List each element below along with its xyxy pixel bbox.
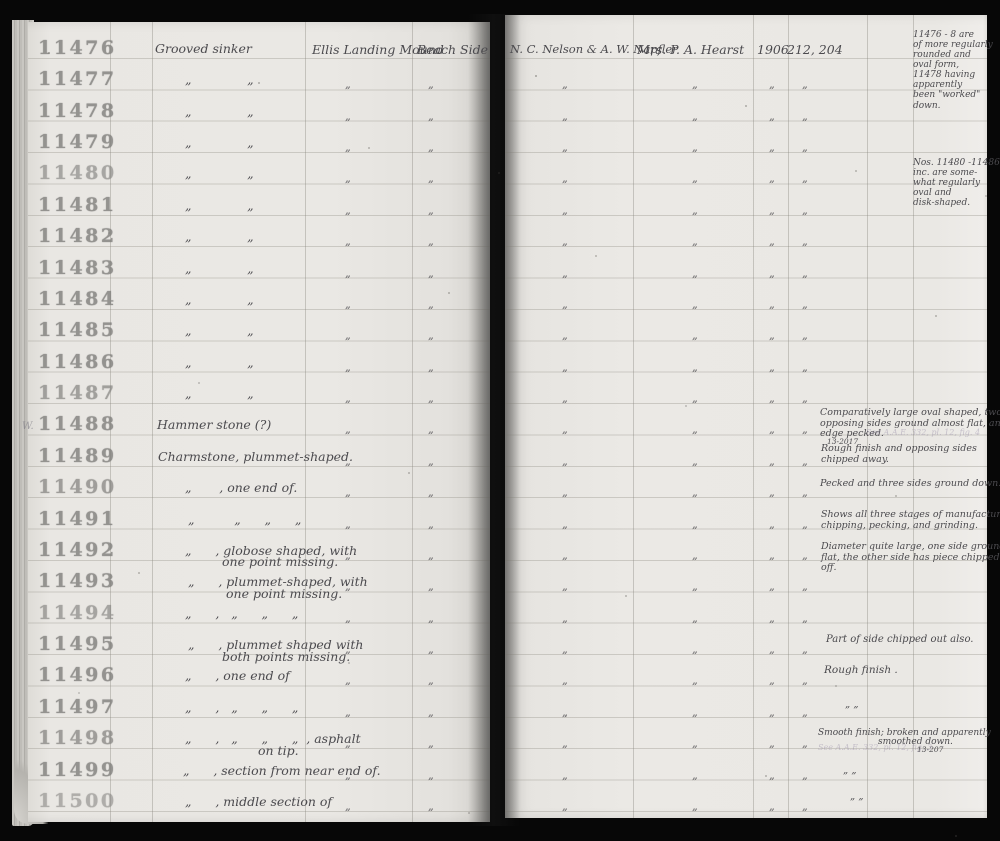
site: „ (428, 361, 434, 374)
donor: „ (692, 580, 698, 593)
site: „ (428, 329, 434, 342)
margin-note-line: See A.A.E. 332, pl. 12, fig. 4 (866, 429, 980, 438)
locality: „ (345, 612, 351, 625)
year: „ (769, 172, 775, 185)
column-line (412, 22, 413, 822)
museum-number: „ (802, 172, 808, 185)
locality: „ (345, 392, 351, 405)
margin-note-line: Part of side chipped out also. (826, 634, 973, 645)
description: „ „ (185, 166, 254, 181)
museum-number: „ (802, 392, 808, 405)
margin-note-line: apparently (913, 80, 993, 90)
catalog-number: 11498 (38, 727, 117, 749)
margin-note-line: disk-shaped. (913, 198, 1000, 208)
column-line (633, 15, 634, 818)
year: „ (769, 643, 775, 656)
collector: „ (562, 392, 568, 405)
catalog-number: 11481 (38, 194, 117, 216)
year: „ (769, 800, 775, 813)
collector: „ (562, 769, 568, 782)
catalog-number: 11482 (38, 225, 117, 247)
museum-number: „ (802, 737, 808, 750)
description: „ „ (185, 72, 254, 87)
year: „ (769, 674, 775, 687)
site: „ (428, 141, 434, 154)
description: „ , one end of. (185, 480, 297, 495)
description: „ „ (185, 104, 254, 119)
margin-note: „ „ (850, 791, 864, 802)
museum-number: „ (802, 769, 808, 782)
site: „ (428, 737, 434, 750)
description: one point missing. (222, 554, 338, 569)
museum-number: „ (802, 612, 808, 625)
year: „ (769, 298, 775, 311)
collector: „ (562, 235, 568, 248)
description: „ „ „ „ (188, 512, 301, 527)
donor: „ (692, 769, 698, 782)
year: „ (769, 235, 775, 248)
donor: „ (692, 674, 698, 687)
description: „ , one end of (185, 668, 290, 683)
margin-note: 11476 - 8 areof more regularlyrounded an… (913, 30, 993, 111)
margin-note: Shows all three stages of manufacture :c… (821, 510, 1000, 531)
donor: „ (692, 612, 698, 625)
margin-note-line: „ „ (843, 765, 857, 776)
year: „ (769, 78, 775, 91)
description: „ „ (185, 229, 254, 244)
description: „ , section from near end of. (183, 763, 381, 778)
catalog-number: 11483 (38, 257, 117, 279)
ledger-scan: 11476Grooved sinkerEllis Landing MoundBe… (0, 0, 1000, 841)
locality: „ (345, 800, 351, 813)
year: „ (769, 486, 775, 499)
description: „ „ (185, 386, 254, 401)
museum-number: „ (802, 204, 808, 217)
museum-number: „ (802, 141, 808, 154)
margin-note-line: oval form, (913, 60, 993, 70)
site: „ (428, 267, 434, 280)
column-line (788, 15, 789, 818)
catalog-number: 11477 (38, 68, 117, 90)
year: „ (769, 423, 775, 436)
collector: „ (562, 329, 568, 342)
site: „ (428, 580, 434, 593)
museum-number: „ (802, 329, 808, 342)
locality: „ (345, 267, 351, 280)
description: Grooved sinker (155, 41, 252, 56)
collector: „ (562, 549, 568, 562)
collector: „ (562, 423, 568, 436)
year: „ (769, 329, 775, 342)
museum-number: „ (802, 518, 808, 531)
donor: „ (692, 298, 698, 311)
locality: „ (345, 455, 351, 468)
catalog-number: 11476 (38, 37, 117, 59)
museum-number: „ (802, 235, 808, 248)
museum-number: „ (802, 674, 808, 687)
collector: „ (562, 580, 568, 593)
collector: „ (562, 110, 568, 123)
locality: „ (345, 706, 351, 719)
margin-note-line: „ „ (850, 791, 864, 802)
catalog-number: 11491 (38, 508, 117, 530)
margin-note: Part of side chipped out also. (826, 634, 973, 645)
donor: „ (692, 549, 698, 562)
museum-number: „ (802, 549, 808, 562)
donor: „ (692, 78, 698, 91)
margin-note: See A.A.E. 332, pl. 12, fig. 3 (818, 744, 932, 753)
catalog-number: 11479 (38, 131, 117, 153)
collector: „ (562, 518, 568, 531)
site: „ (428, 110, 434, 123)
donor: „ (692, 518, 698, 531)
catalog-number: 11489 (38, 445, 117, 467)
margin-note-line: chipping, pecking, and grinding. (821, 521, 1000, 532)
donor: Mrs. P. A. Hearst (637, 42, 744, 57)
catalog-number: 11484 (38, 288, 117, 310)
donor: „ (692, 329, 698, 342)
paper-specks (535, 75, 537, 77)
donor: „ (692, 706, 698, 719)
description: „ „ (185, 355, 254, 370)
locality: „ (345, 141, 351, 154)
collector: „ (562, 706, 568, 719)
museum-number: „ (802, 643, 808, 656)
margin-note-line: down. (913, 101, 993, 111)
collector: „ (562, 267, 568, 280)
museum-number: „ (802, 78, 808, 91)
description: „ „ (185, 261, 254, 276)
year: 1906 (757, 42, 789, 57)
site: „ (428, 769, 434, 782)
locality: „ (345, 549, 351, 562)
collector: „ (562, 361, 568, 374)
locality: „ (345, 643, 351, 656)
museum-number: „ (802, 298, 808, 311)
site: „ (428, 455, 434, 468)
catalog-number: 11496 (38, 664, 117, 686)
description: Charmstone, plummet-shaped. (158, 449, 353, 464)
catalog-number: 11500 (38, 790, 117, 812)
description: Hammer stone (?) (157, 417, 271, 432)
locality: „ (345, 423, 351, 436)
site: Beach Side (417, 42, 488, 57)
museum-number: „ (802, 706, 808, 719)
margin-note: Nos. 11480 -11486inc. are some-what regu… (913, 158, 1000, 208)
margin-note-line: oval and (913, 188, 1000, 198)
margin-note-line: 11476 - 8 are (913, 30, 993, 40)
margin-note: „ „ (845, 699, 859, 710)
catalog-number: 11487 (38, 382, 117, 404)
margin-note-line: been "worked" (913, 90, 993, 100)
column-line (152, 22, 153, 822)
museum-number: „ (802, 580, 808, 593)
year: „ (769, 769, 775, 782)
donor: „ (692, 486, 698, 499)
museum-number: „ (802, 361, 808, 374)
year: „ (769, 549, 775, 562)
description: „ , middle section of (185, 794, 332, 809)
margin-note-line: „ „ (845, 699, 859, 710)
collector: „ (562, 486, 568, 499)
site: „ (428, 235, 434, 248)
column-line (305, 22, 306, 822)
catalog-number: 11494 (38, 602, 117, 624)
margin-note-line: flat, the other side has piece chipped (821, 553, 1000, 564)
donor: „ (692, 361, 698, 374)
donor: „ (692, 172, 698, 185)
margin-note-line: chipped away. (821, 455, 977, 466)
year: „ (769, 110, 775, 123)
museum-number: „ (802, 455, 808, 468)
museum-number: „ (802, 800, 808, 813)
description: one point missing. (226, 586, 342, 601)
site: „ (428, 800, 434, 813)
catalog-number: 11495 (38, 633, 117, 655)
description: „ „ (185, 198, 254, 213)
locality: „ (345, 361, 351, 374)
catalog-number: 11497 (38, 696, 117, 718)
year: „ (769, 580, 775, 593)
museum-number: „ (802, 267, 808, 280)
donor: „ (692, 267, 698, 280)
donor: „ (692, 235, 698, 248)
collector: „ (562, 737, 568, 750)
locality: „ (345, 518, 351, 531)
margin-note-line: Nos. 11480 -11486 (913, 158, 1000, 168)
catalog-number: 11486 (38, 351, 117, 373)
donor: „ (692, 423, 698, 436)
site: „ (428, 204, 434, 217)
donor: „ (692, 204, 698, 217)
locality: „ (345, 110, 351, 123)
site: „ (428, 706, 434, 719)
donor: „ (692, 643, 698, 656)
collector: „ (562, 643, 568, 656)
row-prefix-mark: W. (22, 421, 34, 432)
donor: „ (692, 392, 698, 405)
site: „ (428, 486, 434, 499)
margin-note: Diameter quite large, one side groundfla… (821, 542, 1000, 574)
site: „ (428, 172, 434, 185)
collector: „ (562, 204, 568, 217)
locality: „ (345, 235, 351, 248)
margin-note-line: 11478 having (913, 70, 993, 80)
margin-note-line: what regularly (913, 178, 1000, 188)
site: „ (428, 549, 434, 562)
locality: „ (345, 769, 351, 782)
museum-number: „ (802, 486, 808, 499)
description: „ , „ „ „ (185, 700, 298, 715)
margin-note-line: Pecked and three sides ground down. (820, 479, 1000, 490)
catalog-number: 11478 (38, 100, 117, 122)
year: „ (769, 141, 775, 154)
year: „ (769, 737, 775, 750)
collector: „ (562, 78, 568, 91)
locality: „ (345, 172, 351, 185)
year: „ (769, 204, 775, 217)
locality: „ (345, 298, 351, 311)
year: „ (769, 392, 775, 405)
donor: „ (692, 110, 698, 123)
donor: „ (692, 800, 698, 813)
collector: „ (562, 172, 568, 185)
margin-note-line: See A.A.E. 332, pl. 12, fig. 3 (818, 744, 932, 753)
donor: „ (692, 737, 698, 750)
donor: „ (692, 455, 698, 468)
margin-note-line: inc. are some- (913, 168, 1000, 178)
collector: „ (562, 612, 568, 625)
collector: „ (562, 674, 568, 687)
site: „ (428, 392, 434, 405)
catalog-number: 11488 (38, 413, 117, 435)
margin-note-line: Rough finish . (824, 665, 898, 677)
collector: „ (562, 298, 568, 311)
catalog-number: 11485 (38, 319, 117, 341)
collector: „ (562, 455, 568, 468)
margin-note: See A.A.E. 332, pl. 12, fig. 4 (866, 429, 980, 438)
site: „ (428, 78, 434, 91)
year: „ (769, 706, 775, 719)
locality: „ (345, 78, 351, 91)
catalog-number: 11492 (38, 539, 117, 561)
locality: „ (345, 580, 351, 593)
catalog-number: 11499 (38, 759, 117, 781)
year: „ (769, 267, 775, 280)
margin-note: Pecked and three sides ground down. (820, 479, 1000, 490)
site: „ (428, 643, 434, 656)
description: on tip. (258, 743, 299, 758)
margin-note: „ „ (843, 765, 857, 776)
locality: „ (345, 674, 351, 687)
description: „ „ (185, 323, 254, 338)
description: both points missing. (222, 649, 350, 664)
museum-number: „ (802, 423, 808, 436)
catalog-number: 11490 (38, 476, 117, 498)
margin-note: Rough finish and opposing sideschipped a… (821, 444, 977, 465)
museum-number: 212, 204 (787, 42, 843, 57)
site: „ (428, 674, 434, 687)
site: „ (428, 423, 434, 436)
catalog-number: 11493 (38, 570, 117, 592)
margin-note-line: off. (821, 563, 1000, 574)
locality: „ (345, 737, 351, 750)
site: „ (428, 298, 434, 311)
year: „ (769, 612, 775, 625)
year: „ (769, 361, 775, 374)
museum-number: „ (802, 110, 808, 123)
description: „ „ (185, 292, 254, 307)
margin-note-line: rounded and (913, 50, 993, 60)
locality: „ (345, 329, 351, 342)
year: „ (769, 518, 775, 531)
description: „ , „ „ „ (185, 606, 298, 621)
donor: „ (692, 141, 698, 154)
column-line (753, 15, 754, 818)
locality: „ (345, 204, 351, 217)
locality: „ (345, 486, 351, 499)
site: „ (428, 518, 434, 531)
catalog-number: 11480 (38, 162, 117, 184)
collector: „ (562, 141, 568, 154)
site: „ (428, 612, 434, 625)
collector: „ (562, 800, 568, 813)
description: „ „ (185, 135, 254, 150)
year: „ (769, 455, 775, 468)
margin-note: Rough finish . (824, 665, 898, 677)
margin-note-line: of more regularly (913, 40, 993, 50)
